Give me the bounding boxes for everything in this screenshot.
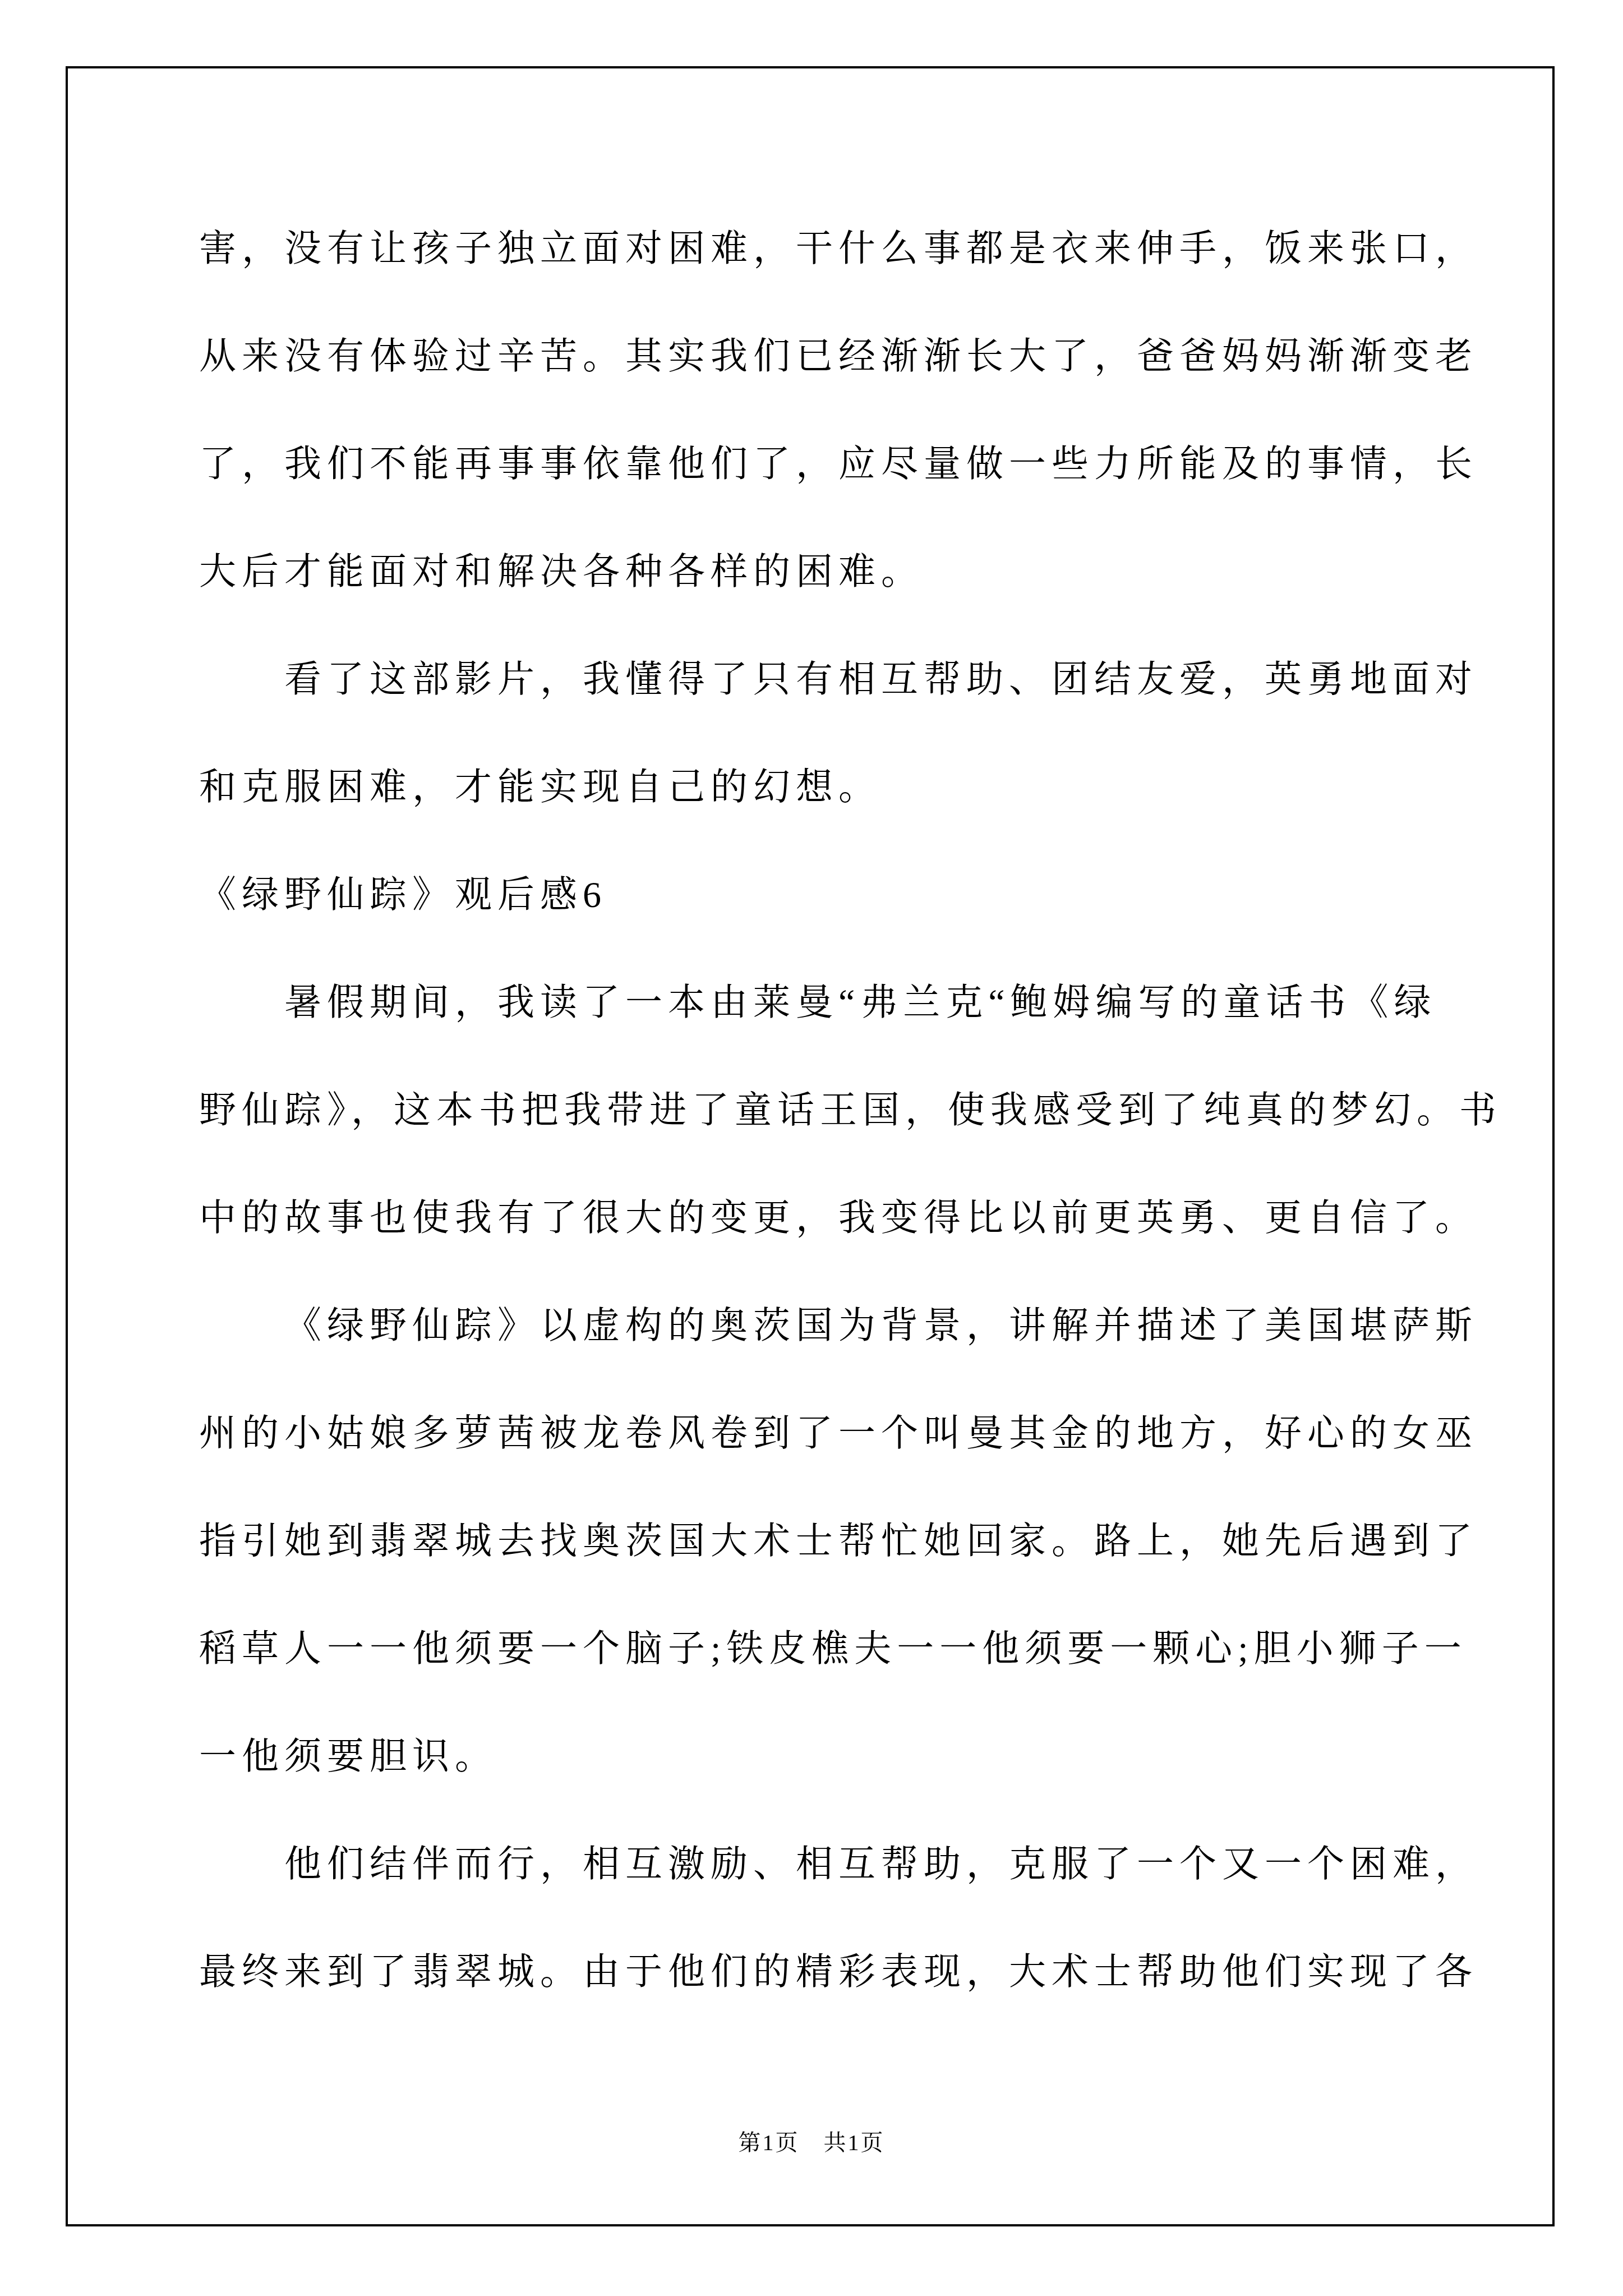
text-line: 《绿野仙踪》观后感6 (199, 841, 1495, 949)
document-body: 害，没有让孩子独立面对困难，干什么事都是衣来伸手，饭来张口，从来没有体验过辛苦。… (199, 195, 1495, 2026)
text-line: 最终来到了翡翠城。由于他们的精彩表现，大术士帮助他们实现了各 (199, 1918, 1495, 2026)
text-line: 他们结伴而行，相互激励、相互帮助，克服了一个又一个困难， (199, 1811, 1495, 1918)
page-footer: 第1页 共1页 (0, 2122, 1623, 2164)
text-line: 州的小姑娘多萝茜被龙卷风卷到了一个叫曼其金的地方，好心的女巫 (199, 1380, 1495, 1488)
text-line: 从来没有体验过辛苦。其实我们已经渐渐长大了，爸爸妈妈渐渐变老 (199, 303, 1495, 411)
text-line: 稻草人一一他须要一个脑子;铁皮樵夫一一他须要一颗心;胆小狮子一 (199, 1595, 1495, 1703)
text-line: 看了这部影片，我懂得了只有相互帮助、团结友爱，英勇地面对 (199, 626, 1495, 734)
text-line: 和克服困难，才能实现自己的幻想。 (199, 734, 1495, 841)
document-page: { "page": { "background_color": "#ffffff… (0, 0, 1623, 2296)
text-line: 了，我们不能再事事依靠他们了，应尽量做一些力所能及的事情，长 (199, 411, 1495, 518)
text-line: 野仙踪》，这本书把我带进了童话王国，使我感受到了纯真的梦幻。书 (199, 1057, 1495, 1165)
text-line: 害，没有让孩子独立面对困难，干什么事都是衣来伸手，饭来张口， (199, 195, 1495, 303)
text-line: 《绿野仙踪》以虚构的奥茨国为背景，讲解并描述了美国堪萨斯 (199, 1272, 1495, 1380)
text-line: 中的故事也使我有了很大的变更，我变得比以前更英勇、更自信了。 (199, 1165, 1495, 1272)
text-line: 大后才能面对和解决各种各样的困难。 (199, 518, 1495, 626)
text-line: 一他须要胆识。 (199, 1703, 1495, 1811)
text-line: 暑假期间，我读了一本由莱曼“弗兰克“鲍姆编写的童话书《绿 (199, 949, 1495, 1057)
text-line: 指引她到翡翠城去找奥茨国大术士帮忙她回家。路上，她先后遇到了 (199, 1488, 1495, 1595)
